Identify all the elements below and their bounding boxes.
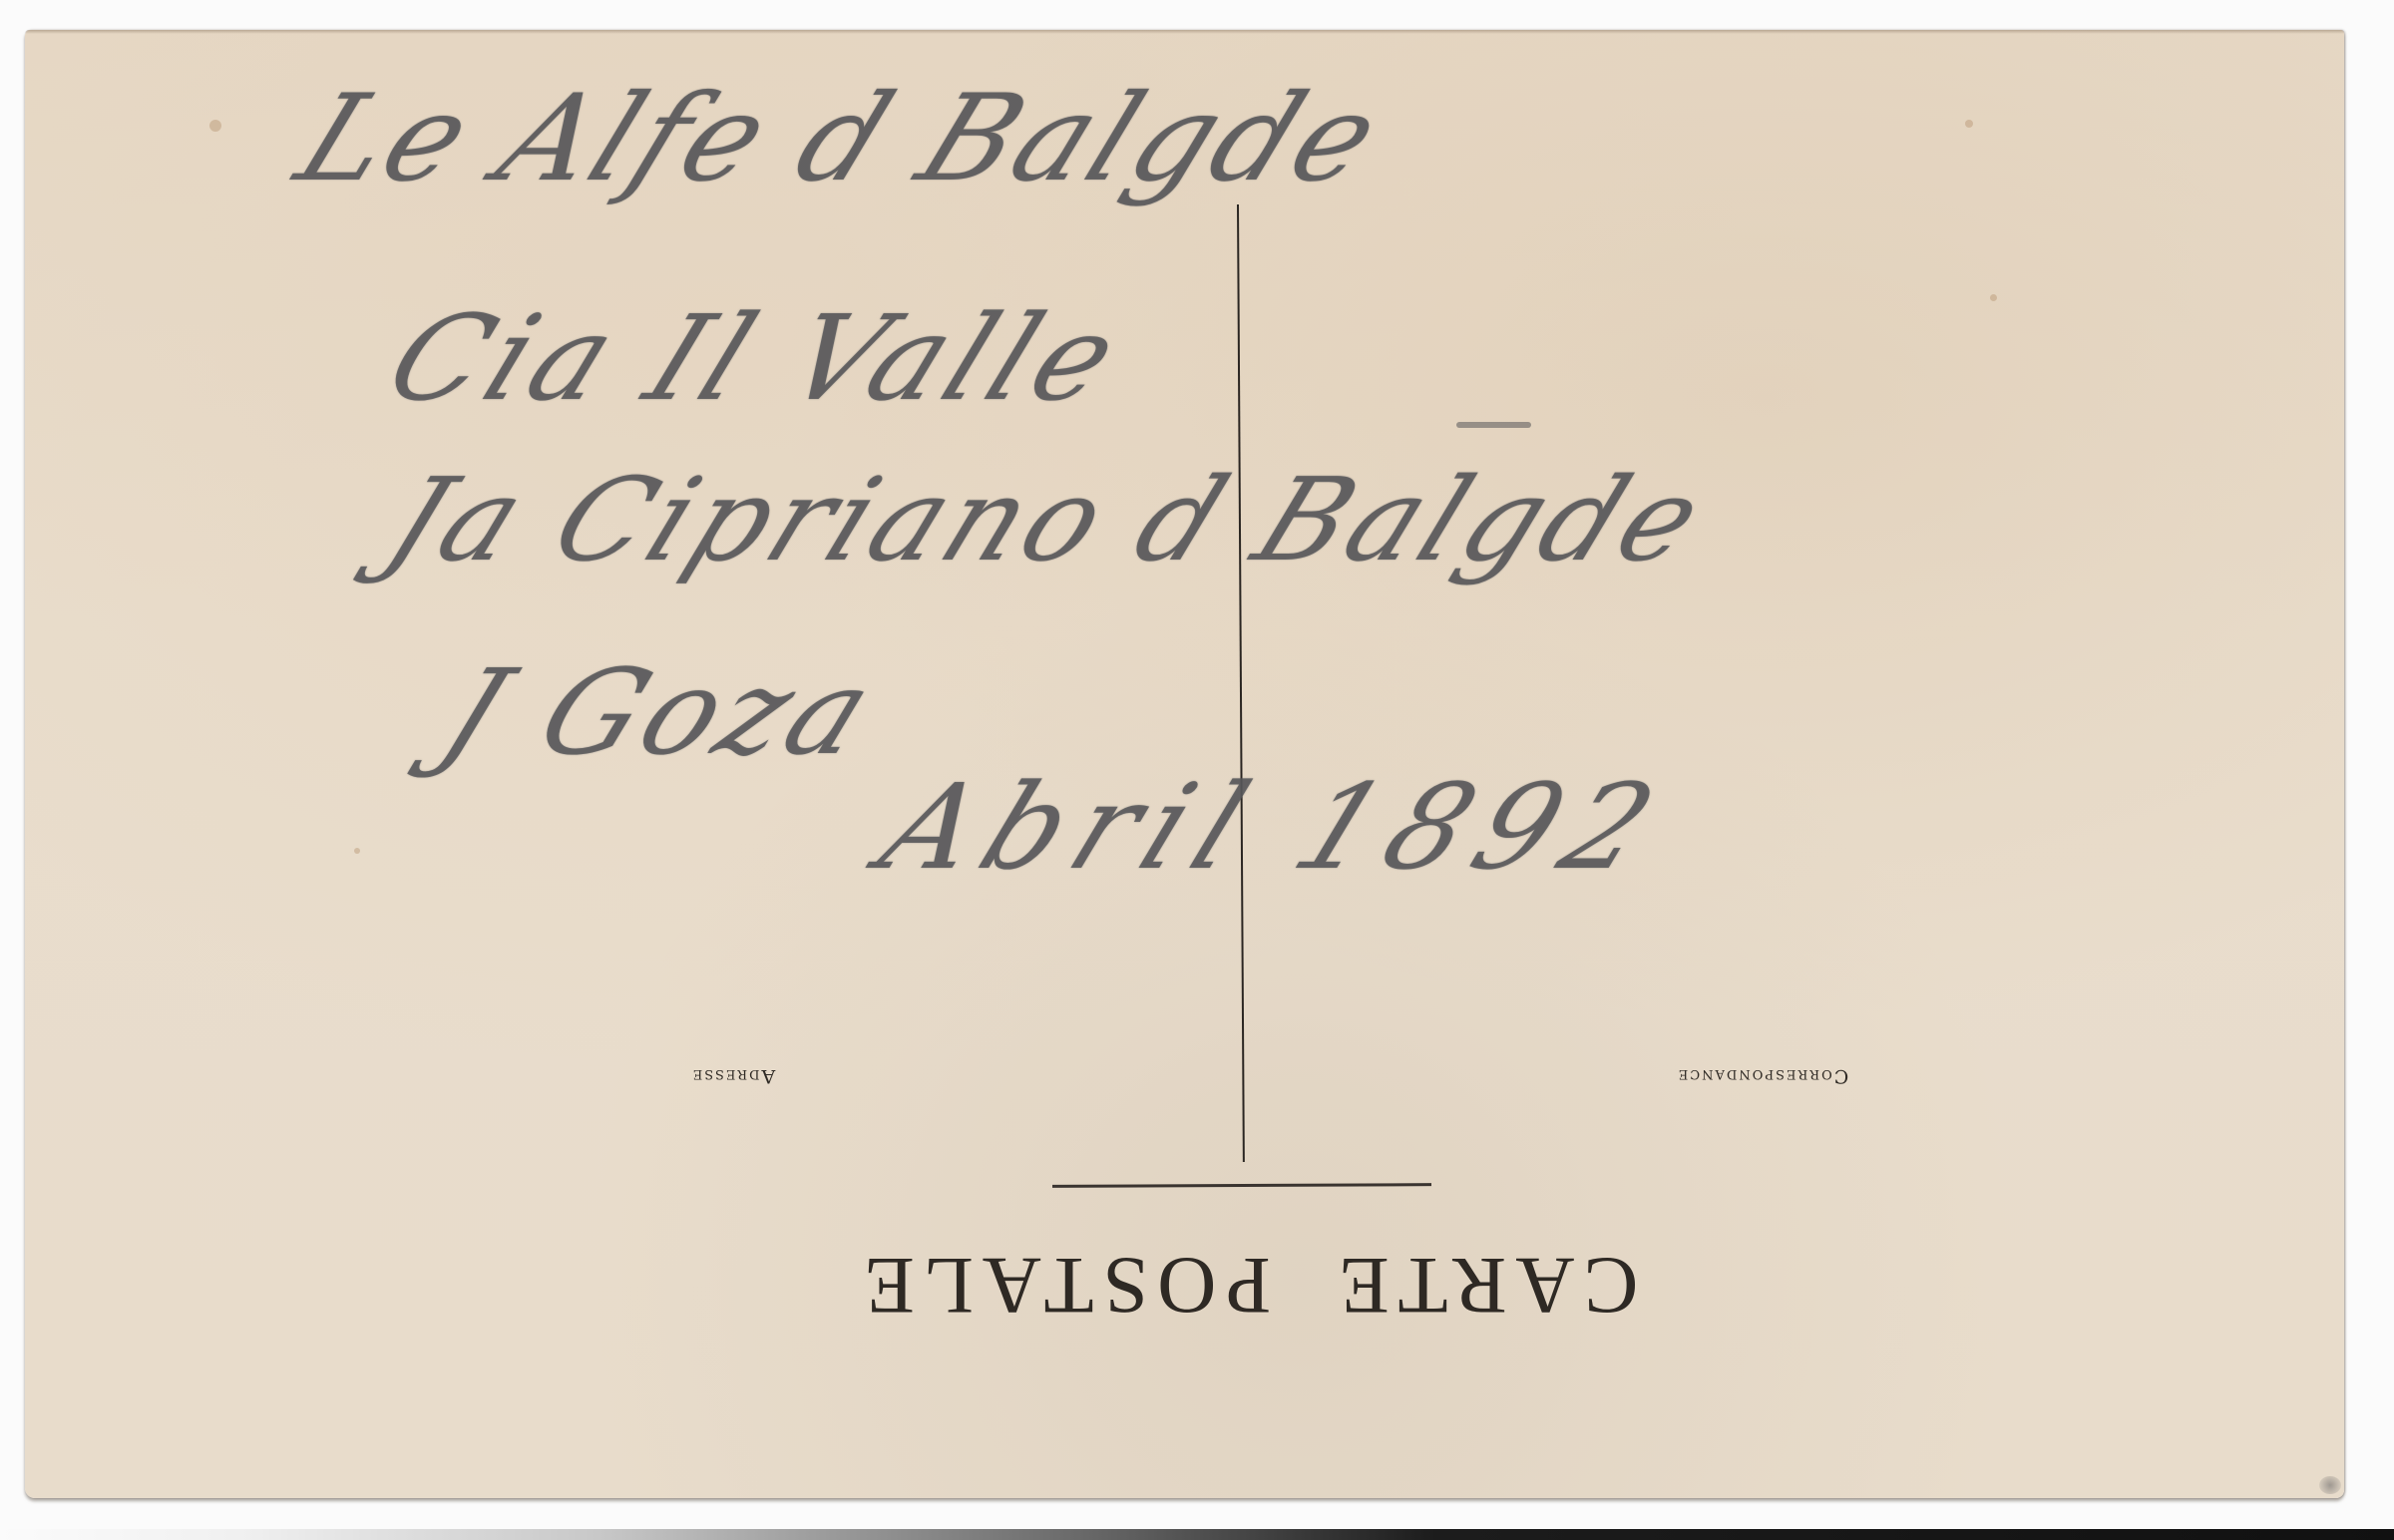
address-label: Adresse <box>633 1065 833 1087</box>
corner-wear <box>2319 1476 2341 1494</box>
handwriting-line: Le Alfe d Balgde <box>279 70 1401 208</box>
foxing-spot <box>1965 120 1973 128</box>
foxing-spot <box>354 848 360 854</box>
scanner-edge-bar <box>0 1529 2394 1540</box>
handwriting-date: Abril 1892 <box>863 758 1687 896</box>
correspondence-label: Correspondance <box>1578 1065 1947 1087</box>
foxing-spot <box>209 120 221 132</box>
postcard-title: CARTE POSTALE <box>648 1245 1845 1327</box>
card-top-edge <box>25 30 2344 34</box>
title-rule <box>1052 1183 1431 1188</box>
foxing-spot <box>1990 294 1997 301</box>
postcard-back: Adresse Correspondance CARTE POSTALE Le … <box>25 30 2344 1498</box>
center-divider-line <box>1237 204 1245 1162</box>
handwriting-line: J Goza <box>424 643 897 781</box>
handwriting-line: Cia Il Valle <box>369 289 1143 427</box>
handwriting-line: Ja Cipriano d Balgde <box>369 454 1725 587</box>
handwriting-dash <box>1456 422 1531 428</box>
